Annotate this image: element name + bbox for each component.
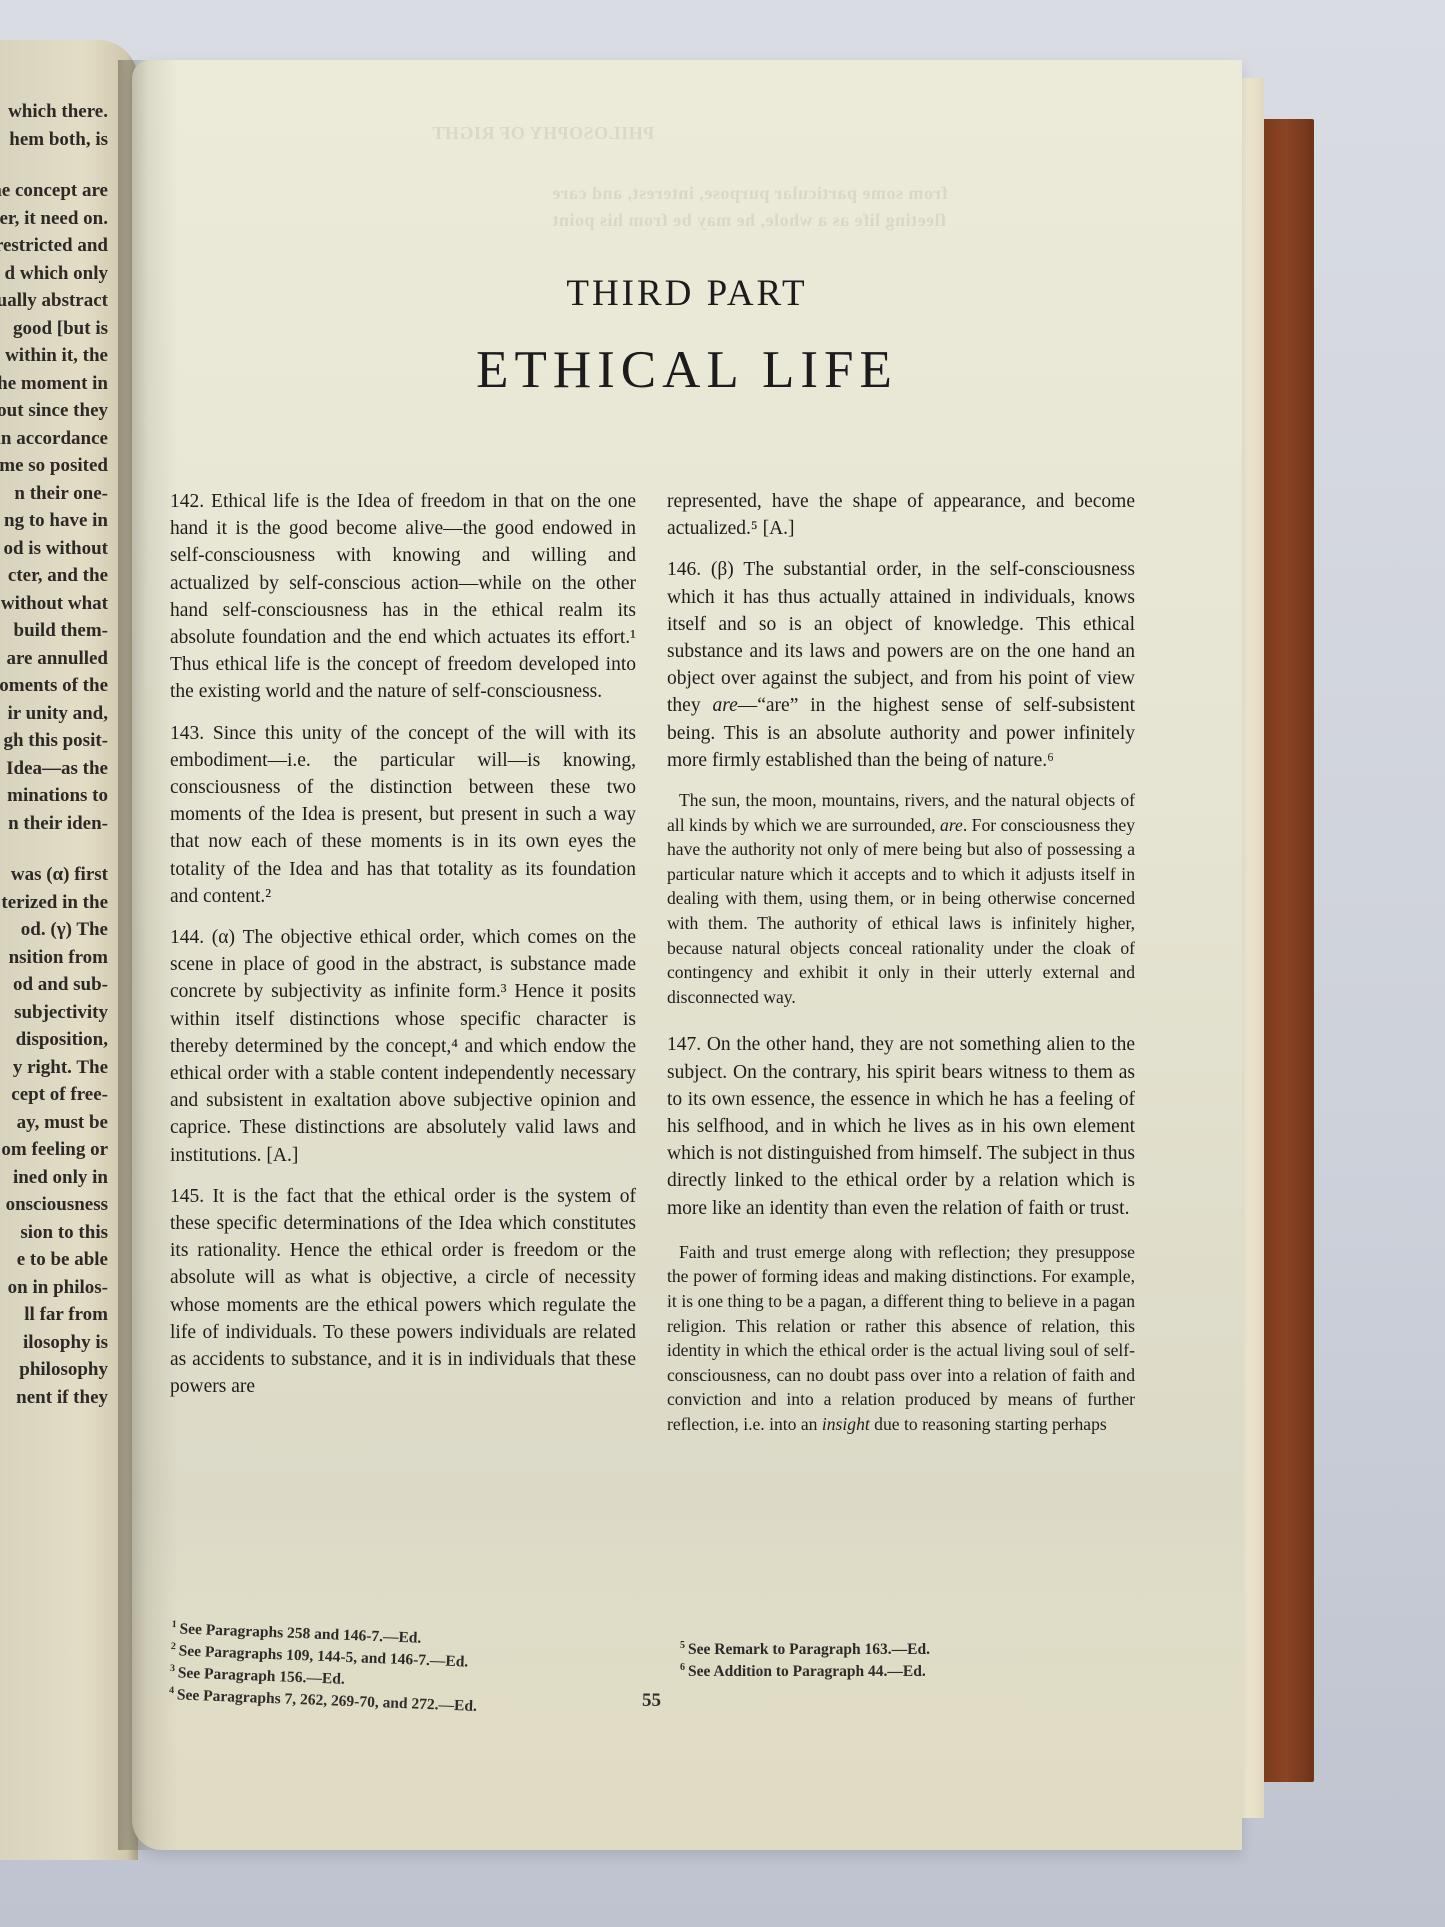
left-page-fragment-line: subjectivity <box>0 999 108 1027</box>
left-page-fragment-line: e to be able <box>0 1246 108 1274</box>
paragraph-146: 146. (β) The substantial order, in the s… <box>667 556 1135 774</box>
left-page-fragment-line: disposition, <box>0 1026 108 1054</box>
left-page-fragment-line: od is without <box>0 535 108 563</box>
left-page-fragment-line: hem both, is <box>0 126 108 154</box>
left-page-fragment-line: ll far from <box>0 1301 108 1329</box>
book-cover-edge <box>1259 119 1314 1782</box>
paragraph-143: 143. Since this unity of the concept of … <box>170 720 636 910</box>
right-text-column: represented, have the shape of appearanc… <box>667 488 1135 1459</box>
left-page-fragment-line: ay, must be <box>0 1109 108 1137</box>
left-page-fragment-line: ng to have in <box>0 507 108 535</box>
left-page-fragment-line: sion to this <box>0 1219 108 1247</box>
left-page-fragment-line: within it, the <box>0 342 108 370</box>
left-page-fragment-line: minations to <box>0 782 108 810</box>
left-page-fragment-line: oments of the <box>0 672 108 700</box>
bleed-through-text: fleeting life as a whole, he may be from… <box>552 207 946 234</box>
bleed-through-text: from some particular purpose, interest, … <box>552 180 948 207</box>
left-page-fragment-line: n their one- <box>0 480 108 508</box>
right-page: PHILOSOPHY OF RIGHT from some particular… <box>132 60 1242 1850</box>
bleed-through-header: PHILOSOPHY OF RIGHT <box>432 120 654 147</box>
left-page-fragment-line: restricted and <box>0 232 108 260</box>
left-page-fragment-line: without what <box>0 590 108 618</box>
left-page-fragment-line: terized in the <box>0 889 108 917</box>
paragraph-147: 147. On the other hand, they are not som… <box>667 1031 1135 1221</box>
left-page-fragment-line: ir unity and, <box>0 700 108 728</box>
left-page-text-fragments: which there.hem both, ishe concept areer… <box>0 98 108 1411</box>
left-page-fragment-line: od. (γ) The <box>0 916 108 944</box>
left-page-fragment-line: good [but is <box>0 315 108 343</box>
left-page-fragment-line: ined only in <box>0 1164 108 1192</box>
left-text-column: 142. Ethical life is the Idea of freedom… <box>170 488 636 1415</box>
left-page-fragment-line: d which only <box>0 260 108 288</box>
left-page-fragment-line: nent if they <box>0 1384 108 1412</box>
left-page-fragment-line: out since they <box>0 397 108 425</box>
footnotes-right: 5See Remark to Paragraph 163.—Ed. 6See A… <box>680 1637 1100 1681</box>
left-page-fragment-line: nsition from <box>0 944 108 972</box>
left-page-fragment-line: od and sub- <box>0 971 108 999</box>
left-page-fragment-line: which there. <box>0 98 108 126</box>
left-page-fragment-line: ilosophy is <box>0 1329 108 1357</box>
left-page-fragment-line: n their iden- <box>0 810 108 838</box>
left-page-fragment-line <box>0 837 108 861</box>
paragraph-145: 145. It is the fact that the ethical ord… <box>170 1183 636 1401</box>
left-page-fragment-line: on in philos- <box>0 1274 108 1302</box>
left-page-fragment-line: he moment in <box>0 370 108 398</box>
left-page-fragment-line: gh this posit- <box>0 727 108 755</box>
book-gutter-shadow <box>118 60 178 1850</box>
footnote-5: 5See Remark to Paragraph 163.—Ed. <box>680 1637 1100 1659</box>
left-page-fragment-line: philosophy <box>0 1356 108 1384</box>
remark-147: Faith and trust emerge along with reflec… <box>667 1240 1135 1437</box>
left-page-fragment-line: y right. The <box>0 1054 108 1082</box>
paragraph-142: 142. Ethical life is the Idea of freedom… <box>170 488 636 706</box>
left-page-fragment-line: build them- <box>0 617 108 645</box>
left-page-fragment-line <box>0 153 108 177</box>
left-page-fragment-line: ually abstract <box>0 287 108 315</box>
left-page-fragment-line: om feeling or <box>0 1136 108 1164</box>
left-page-fragment-line: are annulled <box>0 645 108 673</box>
remark-146: The sun, the moon, mountains, rivers, an… <box>667 788 1135 1009</box>
page-number: 55 <box>642 1690 661 1712</box>
left-page-fragment-line: he concept are <box>0 177 108 205</box>
footnote-6: 6See Addition to Paragraph 44.—Ed. <box>680 1659 1100 1681</box>
left-page-fragment-line: cter, and the <box>0 562 108 590</box>
paragraph-145-continued: represented, have the shape of appearanc… <box>667 488 1135 542</box>
left-page-fragment-line: in accordance <box>0 425 108 453</box>
left-page-fragment-line: Idea—as the <box>0 755 108 783</box>
left-page-fragment-line: was (α) first <box>0 861 108 889</box>
left-page-fragment-line: onsciousness <box>0 1191 108 1219</box>
paragraph-144: 144. (α) The objective ethical order, wh… <box>170 924 636 1169</box>
section-title-heading: ETHICAL LIFE <box>132 340 1242 400</box>
left-page-fragment-line: me so posited <box>0 452 108 480</box>
left-page-fragment-line: er, it need on. <box>0 205 108 233</box>
section-part-heading: THIRD PART <box>132 272 1242 315</box>
footnotes-left: 1See Paragraphs 258 and 146-7.—Ed. 2See … <box>169 1616 642 1723</box>
left-page-fragment-line: cept of free- <box>0 1081 108 1109</box>
